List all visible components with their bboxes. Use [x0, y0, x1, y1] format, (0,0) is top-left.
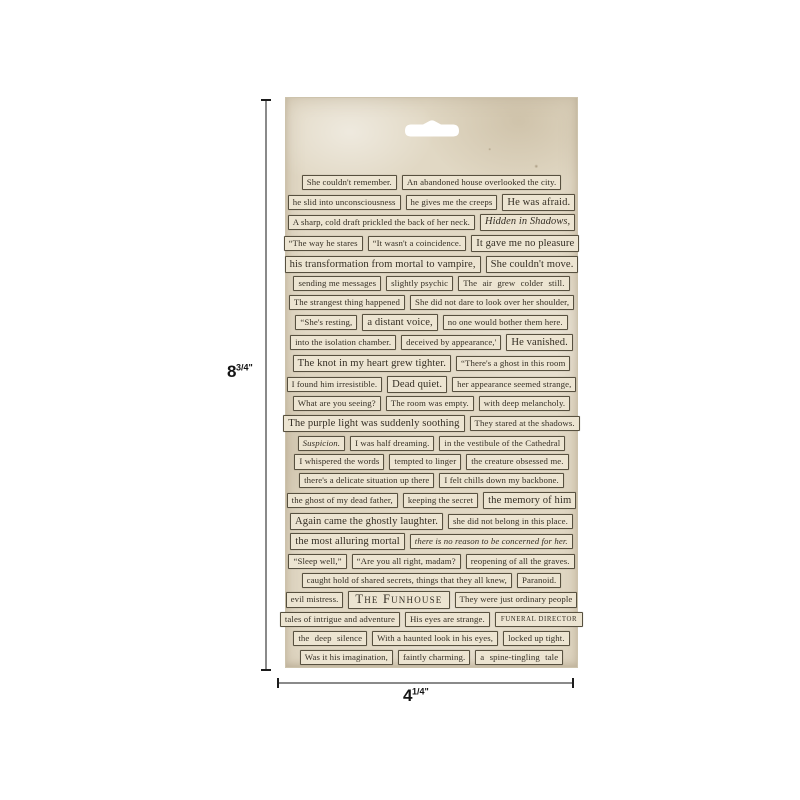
sticker-phrase: he gives me the creeps	[406, 195, 498, 210]
sticker-phrase: caught hold of shared secrets, things th…	[302, 573, 512, 588]
sticker-phrase: the memory of him	[483, 492, 576, 509]
sticker-phrase: “Are you all right, madam?	[352, 554, 461, 569]
sticker-row: there's a delicate situation up thereI f…	[288, 473, 575, 488]
sticker-phrase: They were just ordinary people	[455, 592, 578, 607]
sticker-row: “She's resting,a distant voice,no one wo…	[288, 314, 575, 331]
sticker-phrase: I felt chills down my backbone.	[439, 473, 564, 488]
sticker-phrase: with deep melancholy.	[479, 396, 570, 411]
sticker-phrase: sending me messages	[293, 276, 381, 291]
sticker-phrase: a spine-tingling tale	[475, 650, 563, 665]
sticker-phrase: the most alluring mortal	[290, 533, 405, 550]
width-dimension-label: 41/4"	[403, 686, 429, 706]
width-dimension-line	[278, 682, 573, 684]
sticker-phrase: His eyes are strange.	[405, 612, 490, 627]
sticker-phrase: he slid into unconsciousness	[288, 195, 401, 210]
sticker-row: into the isolation chamber.deceived by a…	[288, 334, 575, 351]
sticker-phrase: The air grew colder still.	[458, 276, 569, 291]
sticker-row: “The way he stares“It wasn't a coinciden…	[288, 235, 575, 252]
sticker-row: I whispered the wordstempted to lingerth…	[288, 454, 575, 469]
sticker-phrase: The knot in my heart grew tighter.	[293, 355, 451, 372]
height-fraction: 3/4"	[236, 362, 253, 372]
sticker-row: sending me messagesslightly psychicThe a…	[288, 276, 575, 291]
sticker-row: I found him irresistible.Dead quiet.her …	[288, 376, 575, 393]
sticker-phrase: a distant voice,	[362, 314, 437, 331]
sticker-phrase: What are you seeing?	[293, 396, 381, 411]
sticker-phrase: “Sleep well,”	[288, 554, 346, 569]
sticker-phrase: “It wasn't a coincidence.	[368, 236, 467, 251]
height-dimension-line	[265, 100, 267, 670]
sticker-phrase: I was half dreaming.	[350, 436, 434, 451]
sticker-phrase: Hidden in Shadows,	[480, 214, 575, 231]
sticker-row: evil mistress.The FunhouseThey were just…	[288, 591, 575, 608]
sticker-phrase: Was it his imagination,	[300, 650, 393, 665]
sticker-row: “Sleep well,”“Are you all right, madam?r…	[288, 554, 575, 569]
sticker-row: She couldn't remember.An abandoned house…	[288, 175, 575, 190]
sticker-phrase: I whispered the words	[294, 454, 384, 469]
product-image: 83/4" 41/4" She couldn't remember.An aba…	[0, 0, 800, 800]
sticker-phrase: no one would bother them here.	[443, 315, 568, 330]
sticker-row: The purple light was suddenly soothingTh…	[288, 415, 575, 432]
sticker-phrase: The room was empty.	[386, 396, 474, 411]
width-whole: 4	[403, 686, 412, 705]
sticker-phrase: Suspicion.	[298, 436, 345, 451]
sticker-phrase: there's a delicate situation up there	[299, 473, 434, 488]
sticker-row: he slid into unconsciousnesshe gives me …	[288, 194, 575, 211]
sticker-phrase: I found him irresistible.	[287, 377, 383, 392]
sticker-phrase: locked up tight.	[503, 631, 570, 646]
sticker-phrase: into the isolation chamber.	[290, 335, 396, 350]
sticker-phrase: there is no reason to be concerned for h…	[410, 534, 573, 549]
sticker-row: Again came the ghostly laughter.she did …	[288, 513, 575, 530]
sticker-phrase: she did not belong in this place.	[448, 514, 573, 529]
sticker-phrase: reopening of all the graves.	[466, 554, 575, 569]
height-dimension-label: 83/4"	[227, 362, 253, 382]
sticker-row: tales of intrigue and adventureHis eyes …	[288, 612, 575, 627]
sticker-phrase: Funeral Director	[495, 612, 583, 627]
sticker-phrase: They stared at the shadows.	[470, 416, 580, 431]
sticker-row: A sharp, cold draft prickled the back of…	[288, 214, 575, 231]
height-whole: 8	[227, 362, 236, 381]
sticker-phrase: keeping the secret	[403, 493, 478, 508]
sticker-row: The knot in my heart grew tighter.“There…	[288, 355, 575, 372]
sticker-phrase: his transformation from mortal to vampir…	[285, 256, 481, 273]
sticker-row: the ghost of my dead father,keeping the …	[288, 492, 575, 509]
sticker-phrase: the creature obsessed me.	[466, 454, 568, 469]
sticker-phrase: The Funhouse	[348, 591, 449, 608]
sticker-phrase: Paranoid.	[517, 573, 561, 588]
sticker-phrase: “She's resting,	[295, 315, 357, 330]
sticker-phrase: evil mistress.	[286, 592, 344, 607]
hang-hole-icon	[399, 120, 465, 140]
sticker-row: Suspicion.I was half dreaming.in the ves…	[288, 436, 575, 451]
sticker-row: caught hold of shared secrets, things th…	[288, 573, 575, 588]
sticker-phrase: She did not dare to look over her should…	[410, 295, 574, 310]
sticker-row: the deep silenceWith a haunted look in h…	[288, 631, 575, 646]
sticker-phrase: her appearance seemed strange,	[452, 377, 576, 392]
sticker-phrase: The purple light was suddenly soothing	[283, 415, 464, 432]
sticker-phrase: He vanished.	[506, 334, 573, 351]
sticker-phrase: “The way he stares	[284, 236, 363, 251]
sticker-phrase: tempted to linger	[389, 454, 461, 469]
sticker-phrase: deceived by appearance,'	[401, 335, 501, 350]
sticker-phrase: “There's a ghost in this room	[456, 356, 570, 371]
sticker-row: The strangest thing happenedShe did not …	[288, 295, 575, 310]
width-fraction: 1/4"	[412, 686, 429, 696]
sticker-phrase: A sharp, cold draft prickled the back of…	[288, 215, 475, 230]
sticker-phrase: slightly psychic	[386, 276, 453, 291]
sticker-phrase: Dead quiet.	[387, 376, 447, 393]
sticker-phrase: faintly charming.	[398, 650, 470, 665]
sticker-phrase: The strangest thing happened	[289, 295, 405, 310]
sticker-phrase: the ghost of my dead father,	[287, 493, 398, 508]
sticker-grid: She couldn't remember.An abandoned house…	[288, 175, 575, 665]
sticker-phrase: She couldn't move.	[486, 256, 579, 273]
sticker-phrase: It gave me no pleasure	[471, 235, 579, 252]
sticker-phrase: in the vestibule of the Cathedral	[439, 436, 565, 451]
sticker-sheet: She couldn't remember.An abandoned house…	[285, 97, 578, 668]
sticker-phrase: Again came the ghostly laughter.	[290, 513, 443, 530]
sticker-row: the most alluring mortalthere is no reas…	[288, 533, 575, 550]
sticker-phrase: the deep silence	[293, 631, 367, 646]
sticker-phrase: tales of intrigue and adventure	[280, 612, 400, 627]
sticker-phrase: With a haunted look in his eyes,	[372, 631, 498, 646]
sticker-phrase: She couldn't remember.	[302, 175, 397, 190]
sticker-phrase: An abandoned house overlooked the city.	[402, 175, 561, 190]
sticker-phrase: He was afraid.	[502, 194, 575, 211]
sticker-row: Was it his imagination,faintly charming.…	[288, 650, 575, 665]
sticker-row: his transformation from mortal to vampir…	[288, 256, 575, 273]
sticker-row: What are you seeing?The room was empty.w…	[288, 396, 575, 411]
